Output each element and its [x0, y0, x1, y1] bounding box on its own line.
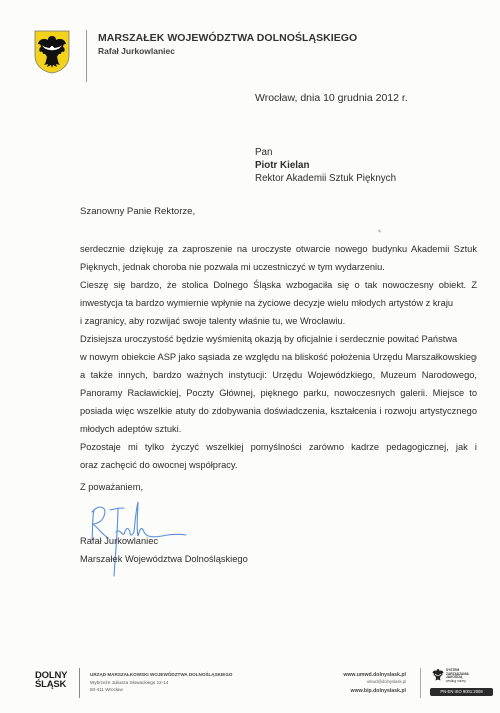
recipient-prefix: Pan: [255, 146, 396, 159]
signer-title: Marszałek Województwa Dolnośląskiego: [80, 554, 248, 564]
quality-certificate: SYSTEM ZARZĄDZANIA JAKOŚCIĄ według normy…: [430, 668, 494, 700]
signature-icon: [80, 488, 220, 578]
address-street: Wybrzeże Juliusza Słowackiego 12-14: [90, 680, 168, 687]
recipient-position: Rektor Akademii Sztuk Pięknych: [255, 172, 396, 185]
body-line: inwestycja ta bardzo wymiernie wpłynie n…: [80, 294, 477, 312]
footer-contacts: www.umwd.dolnyslask.pl umwd@dolnyslask.p…: [343, 672, 406, 695]
body-line: posiada więc wszelkie atuty do zdobywani…: [80, 402, 477, 420]
scan-speck: [378, 229, 382, 232]
body-line: Cieszę się bardzo, że stolica Dolnego Śl…: [80, 276, 477, 294]
letter-page: MARSZAŁEK WOJEWÓDZTWA DOLNOŚLĄSKIEGO Raf…: [0, 0, 500, 713]
body-line: w nowym obiekcie ASP jako sąsiada ze wzg…: [80, 348, 477, 366]
letter-date: Wrocław, dnia 10 grudnia 2012 r.: [255, 92, 408, 104]
signer-name: Rafał Jurkowlaniec: [80, 536, 158, 546]
footer-org-name: URZĄD MARSZAŁKOWSKI WOJEWÓDZTWA DOLNOŚLĄ…: [90, 672, 232, 677]
qs-line: według normy: [446, 680, 469, 684]
address-city: 50-411 Wrocław: [90, 687, 168, 694]
header-divider: [86, 30, 87, 82]
body-line: oraz zachęcić do owocnej współpracy.: [80, 456, 477, 474]
footer-divider: [79, 668, 80, 698]
body-line: Panoramy Racławickiej, Poczty Głównej, p…: [80, 384, 477, 402]
recipient-name: Piotr Kielan: [255, 159, 396, 172]
body-line: a także innych, bardzo ważnych instytucj…: [80, 366, 477, 384]
quality-system-text: SYSTEM ZARZĄDZANIA JAKOŚCIĄ według normy: [446, 669, 469, 683]
body-line: Pozostaje mi tylko życzyć wszelkiej pomy…: [80, 438, 477, 456]
body-line: i zagranicy, aby rozwijać swoje talenty …: [80, 312, 477, 330]
body-line: Pięknych, jednak choroba nie pozwala mi …: [80, 258, 477, 276]
body-line: serdecznie dziękuję za zaproszenie na ur…: [80, 240, 477, 258]
logo-line-2: ŚLĄSK: [35, 681, 67, 690]
body-line: młodych adeptów sztuki.: [80, 420, 477, 438]
eagle-crest-icon: [34, 30, 70, 74]
body-line: Dzisiejsza uroczystość będzie wyśmienitą…: [80, 330, 477, 348]
eagle-small-icon: [432, 668, 444, 682]
iso-badge: PN-EN ISO 9001:2009: [430, 688, 493, 696]
footer-address: Wybrzeże Juliusza Słowackiego 12-14 50-4…: [90, 680, 168, 693]
salutation: Szanowny Panie Rektorze,: [80, 206, 195, 217]
letter-body: serdecznie dziękuję za zaproszenie na ur…: [80, 240, 477, 474]
header-subtitle: Rafał Jurkowlaniec: [98, 46, 175, 56]
website-link[interactable]: www.umwd.dolnyslask.pl: [343, 672, 406, 679]
email-link[interactable]: umwd@dolnyslask.pl: [343, 679, 406, 685]
header-title: MARSZAŁEK WOJEWÓDZTWA DOLNOŚLĄSKIEGO: [98, 32, 357, 44]
bip-link[interactable]: www.bip.dolnyslask.pl: [343, 687, 406, 695]
recipient-block: Pan Piotr Kielan Rektor Akademii Sztuk P…: [255, 146, 396, 185]
footer-divider-right: [420, 668, 421, 698]
dolny-slask-logo: DOLNY ŚLĄSK: [35, 672, 67, 689]
